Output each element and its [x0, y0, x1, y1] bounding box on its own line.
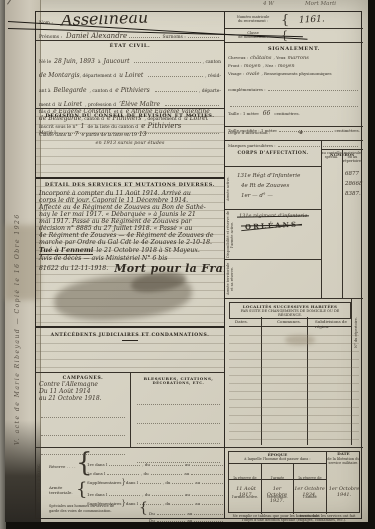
ruled-leader: [148, 65, 203, 77]
epoque-note: Ne remplir ce tableau que pour les homme…: [228, 514, 360, 522]
communes-col-label: Communes.: [277, 319, 301, 324]
table-divider: [321, 141, 322, 299]
ruled-leader: [140, 472, 161, 484]
corner-pencil-note-2: Mort Marti: [305, 1, 336, 7]
renseignements-label-1: , Renseignements physionomiques: [261, 71, 331, 76]
taille-label: Taille : 1 mètre: [228, 111, 259, 116]
service-line: décision n° 8885 du 27 Juillet 1918. « P…: [39, 225, 192, 232]
service-line: corps le dit jour. Caporal le 11 Décembr…: [39, 197, 188, 204]
campagnes-blessures-section: CAMPAGNES. Contre l’Allemagne Du 11 Août…: [36, 373, 224, 448]
periodes-side-label: PÉRIODES D’EXERC.: [37, 452, 45, 514]
visage-value: ovale: [246, 71, 259, 77]
header-rule: [225, 166, 321, 167]
signalement-section: SIGNALEMENT. Cheveux : châtains , Yeux m…: [225, 43, 363, 127]
signalement-title: SIGNALEMENT.: [225, 46, 363, 52]
departement-value: u Loiret: [119, 72, 143, 79]
liberation-header: DATE de la libération du service militai…: [326, 452, 361, 465]
identity-section: Nom : Asselineau Prénoms : Daniel Alexan…: [36, 12, 224, 41]
ruled-leader: [194, 510, 223, 522]
cm-label: centimètres.: [274, 111, 299, 116]
annee-value: 13: [139, 131, 147, 138]
ruled-leader: [41, 406, 125, 418]
cheveux-value: châtains: [250, 55, 271, 61]
epoque-date-1: 11 Août 1917.: [231, 486, 261, 498]
col-reserve-active: la réserve de l’armée active.: [229, 464, 261, 480]
prenoms-value: Daniel Alexandre: [66, 32, 127, 40]
periodes-section: PÉRIODES D’EXERC. Réserve . . . . { 1re …: [36, 448, 224, 519]
dates-col-label: Dates.: [235, 319, 248, 324]
cheveux-label: Cheveux :: [228, 55, 248, 60]
liste-canton-value: e Pithiviers: [141, 122, 181, 130]
visage-label: Visage :: [228, 71, 244, 76]
controle-special-header: au contrôle spécial.: [321, 151, 342, 159]
surnoms-label: Surnoms :: [162, 35, 185, 40]
birth-date: 28 Juin, 1893: [54, 58, 95, 65]
col-reserve-territoriale: la réserve de l’armée territoriale.: [293, 464, 326, 480]
zone-rule: [225, 209, 321, 210]
matricule-number: 1161.: [299, 14, 325, 25]
residence-value: Bellegarde: [54, 87, 87, 94]
service-line: Avis de décès — avis Ministériel N° 6 bi…: [39, 255, 167, 262]
corps-num-2: 28668: [345, 181, 363, 187]
service-line: nay le 1er mai 1917. « Débarquée » à Jau…: [39, 211, 196, 218]
territoriale-side-label: Armée territoriale et sa réserve.: [226, 261, 233, 297]
dans-label: dans l: [126, 501, 138, 506]
col-territoriale: l’armée territoriale.: [261, 464, 293, 480]
canton-label: , canton: [203, 60, 221, 65]
liberation-date: 1er Octobre 1941.: [328, 486, 360, 498]
inscrit-label: Inscrit sous le n°: [39, 125, 78, 130]
col-label: spécial.: [321, 155, 342, 159]
matricule-form: Nom : Asselineau Prénoms : Daniel Alexan…: [35, 11, 362, 519]
matricule-label-2: du recrutement :: [225, 20, 281, 24]
au-label: au: [187, 518, 192, 523]
partie-label: e partie de la liste en 19: [81, 133, 136, 138]
service-line: marche par Ordre du Gal Cdt le 4e Zouave…: [39, 239, 212, 246]
front-value: moyen: [244, 63, 261, 69]
front-label: Front :: [228, 63, 242, 68]
speciales-label-2: garde des voies de communication.: [49, 509, 112, 513]
localites-title-2: PAR SUITE DE CHANGEMENTS DE DOMICILE OU …: [230, 309, 350, 317]
zone-rule: [225, 259, 321, 260]
epoque-note-text: Ne remplir ce tableau que pour les homme…: [228, 514, 360, 522]
ruled-leader: [155, 79, 197, 91]
du-label: Du: [149, 518, 155, 523]
yeux-value: marrons: [288, 55, 309, 61]
corner-pencil-note-1: 4 W: [263, 1, 274, 7]
speciales-label-1: Spéciales aux hommes du service de: [49, 504, 114, 508]
corps-header: CORPS D’AFFECTATION.: [225, 141, 321, 166]
decision-note: en 1913 sursis pour études: [96, 140, 165, 146]
resid-label: , résid-: [205, 74, 221, 79]
corps-entry-3: 1er — d° —: [241, 193, 273, 199]
campagne-line: Contre l’Allemagne: [39, 381, 98, 388]
ruled-leader: [137, 431, 220, 443]
ruled-leader: [137, 412, 220, 424]
service-line: Affecté au 4e Régiment de Zouaves au Bon…: [39, 204, 206, 211]
ruled-leader: [137, 393, 220, 405]
ruled-leader: [165, 94, 219, 106]
partie-value: 7: [75, 131, 79, 138]
corps-title: CORPS D’AFFECTATION.: [238, 151, 309, 156]
canton-label-2: , canton d: [90, 89, 113, 94]
scanned-military-record: V. acte de Marie Ribeyaud — Copié le 16 …: [0, 0, 375, 529]
profession-value: ’Élève Maître: [119, 101, 160, 108]
antecedents-title: ANTÉCÉDENTS JUDICIAIRES ET CONDAMNATIONS…: [36, 333, 224, 338]
localites-body: [229, 328, 359, 445]
epoque-box: ÉPOQUE à laquelle l’homme doit passer da…: [228, 451, 360, 513]
ruled-leader: [41, 424, 125, 436]
liste-canton-label: de la liste du canton d: [88, 125, 139, 130]
nez-value: moyen: [278, 63, 295, 69]
orleans-stamp: ORLÉANS: [245, 220, 298, 232]
ruled-leader: [268, 79, 358, 91]
taille-value: 66: [263, 110, 271, 117]
blessures-title-2: DÉCORATIONS, ETC.: [132, 381, 225, 385]
resid-label-2: ant à: [39, 89, 51, 94]
service-line: 81622 du 12-11-1918.: [39, 265, 108, 272]
corps-num-3: 8387.: [345, 191, 361, 197]
table-divider: [342, 150, 343, 299]
epoque-header: ÉPOQUE à laquelle l’homme doit passer da…: [229, 452, 326, 464]
reserve-label: Réserve . . . .: [49, 464, 76, 469]
repertoire-header: matricule ou au répertoire.: [342, 151, 363, 163]
departement-label: , département d: [80, 74, 117, 79]
classe-label: Classé dans la: [39, 133, 72, 138]
birth-place: Jaucourt: [104, 58, 130, 65]
ink-stain: [52, 269, 193, 325]
renseignements-label-2: complémentaires :: [228, 87, 266, 92]
etat-civil-section: ÉTAT CIVIL. Né le 28 Juin, 1893 à Jaucou…: [36, 41, 224, 109]
campagne-line: Du 11 Août 1914: [39, 388, 91, 395]
decision-title: DÉCISION DU CONSEIL DE REVISION ET MOTIF…: [36, 113, 224, 119]
degre-label: Degré d’instruction :: [228, 130, 270, 135]
campagne-line: au 21 Octobre 1918.: [39, 395, 102, 402]
service-line: 4e Régiment de Zouaves — 4e Régiment de …: [39, 232, 214, 239]
decision-section: DÉCISION DU CONSEIL DE REVISION ET MOTIF…: [36, 109, 224, 179]
killed-in-action-note: Tué à l’ennemi: [39, 246, 93, 255]
territoriale-label-2: territoriale.: [49, 490, 73, 495]
ruled-leader: [134, 51, 200, 63]
left-column: Nom : Asselineau Prénoms : Daniel Alexan…: [36, 12, 225, 518]
localites-colheads: Dates. Communes. Subdivisions de région.: [229, 317, 351, 327]
matricule-brace: {: [281, 14, 289, 27]
prenoms-label: Prénoms :: [39, 35, 62, 40]
epoque-date-2: 1er Octobre 1927.: [262, 486, 292, 504]
etat-civil-title: ÉTAT CIVIL.: [36, 43, 224, 49]
disponibilite-side-label: Disponibilité et réserve de l’armée acti…: [226, 211, 233, 259]
ruled-leader: [202, 472, 223, 484]
degre-instruction-row: Degré d’instruction : 4: [225, 127, 363, 141]
col-label: répertoire.: [342, 159, 363, 163]
campagnes-box: CAMPAGNES. Contre l’Allemagne Du 11 Août…: [36, 373, 131, 448]
numeros-header: NUMÉROS: [321, 141, 363, 150]
right-column: Numéro matricule du recrutement : { 1161…: [225, 12, 363, 518]
corps-entry-2: 4e Rt de Zouaves: [241, 183, 289, 189]
yeux-label: , Yeux: [273, 55, 285, 60]
mort-pour-la-france: Mort pour la France —: [114, 262, 224, 275]
title-underline: [122, 340, 138, 341]
nez-label: , Nez :: [263, 63, 276, 68]
corps-entry-1: 131e Régt d’Infanterie: [237, 173, 300, 179]
epoque-subtitle: à laquelle l’homme doit passer dans :: [229, 457, 326, 461]
antecedents-section: ANTÉCÉDENTS JUDICIAIRES ET CONDAMNATIONS…: [36, 328, 224, 373]
canton-value: de Montargis: [39, 72, 80, 79]
dispo-crossed-note: 131e régiment d’infanterie: [239, 213, 307, 219]
margin-annotation: V. acte de Marie Ribeyaud — Copié le 16 …: [14, 55, 21, 445]
departement-value-2: u Loiret: [58, 101, 82, 108]
service-line: Incorporé à compter du 11 Août 1914. Arr…: [39, 190, 191, 197]
ruled-leader: [157, 510, 186, 522]
a-label: à: [98, 60, 101, 65]
liste-numero: 1: [81, 123, 85, 130]
epoque-date-3: 1er Octobre 1934.: [294, 486, 325, 498]
blessures-box: BLESSURES, CITATIONS, DÉCORATIONS, ETC.: [132, 373, 225, 448]
armee-active-side-label: Armée active.: [226, 169, 233, 209]
matricule-label: Numéro matricule du recrutement :: [225, 16, 281, 24]
services-title: DÉTAIL DES SERVICES ET MUTATIONS DIVERSE…: [36, 182, 224, 188]
service-line: mai 1917. Passé au 8e Régiment de Zouave…: [39, 218, 191, 225]
services-section: DÉTAIL DES SERVICES ET MUTATIONS DIVERSE…: [36, 179, 224, 328]
ne-le-label: Né le: [39, 60, 51, 65]
matricule-box: Numéro matricule du recrutement : { 1161…: [225, 12, 363, 29]
ruled-leader: [230, 95, 358, 107]
corps-affectation-table: CORPS D’AFFECTATION. NUMÉROS au contrôle…: [225, 141, 363, 299]
date-subtitle: de la libération du service militaire.: [326, 457, 361, 465]
epoque-table: ÉPOQUE à laquelle l’homme doit passer da…: [225, 448, 363, 519]
canton-value-2: e Pithiviers: [115, 87, 149, 94]
degre-value: 4: [298, 130, 303, 136]
localites-table: LOCALITÉS SUCCESSIVES HABITÉES PAR SUITE…: [225, 299, 363, 448]
death-date: le 21 Octobre 1918 à St Mayeux.: [96, 247, 199, 254]
corps-num-1: 6877: [345, 171, 359, 177]
ruled-leader: [172, 472, 193, 484]
margin-pen-slash: [7, 0, 23, 5]
